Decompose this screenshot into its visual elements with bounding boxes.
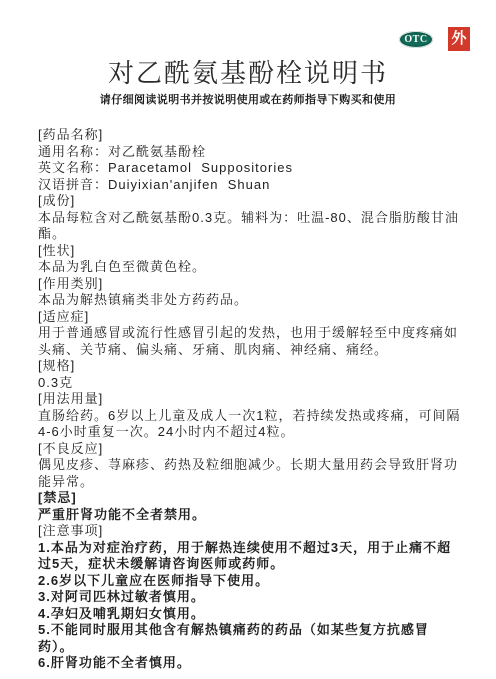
section-line: 本品为解热镇痛类非处方药药品。 (38, 292, 462, 309)
section: [药品名称]通用名称：对乙酰氨基酚栓英文名称：Paracetamol Suppo… (38, 127, 462, 193)
section-header: [禁忌] (38, 490, 462, 507)
section-header: [适应症] (38, 309, 462, 326)
section: [注意事项]1.本品为对症治疗药，用于解热连续使用不超过3天，用于止痛不超过5天… (38, 523, 462, 672)
section-line: 本品每粒含对乙酰氨基酚0.3克。辅料为：吐温-80、混合脂肪酸甘油酯。 (38, 210, 462, 243)
section: [不良反应]偶见皮疹、荨麻疹、药热及粒细胞减少。长期大量用药会导致肝肾功能异常。 (38, 441, 462, 491)
section-line: 偶见皮疹、荨麻疹、药热及粒细胞减少。长期大量用药会导致肝肾功能异常。 (38, 457, 462, 490)
leaflet-body: [药品名称]通用名称：对乙酰氨基酚栓英文名称：Paracetamol Suppo… (38, 127, 462, 672)
section-header: [药品名称] (38, 127, 462, 144)
section-header: [用法用量] (38, 391, 462, 408)
section-line: 严重肝肾功能不全者禁用。 (38, 507, 462, 524)
section-line: 英文名称：Paracetamol Suppositories (38, 160, 462, 177)
section: [性状]本品为乳白色至微黄色栓。 (38, 243, 462, 276)
leaflet-page: OTC 外 对乙酰氨基酚栓说明书 请仔细阅读说明书并按说明使用或在药师指导下购买… (0, 0, 496, 679)
section-line: 汉语拼音：Duiyixian'anjifen Shuan (38, 177, 462, 194)
section-header: [规格] (38, 358, 462, 375)
leaflet-title: 对乙酰氨基酚栓说明书 (0, 57, 496, 89)
section-line: 用于普通感冒或流行性感冒引起的发热，也用于缓解轻至中度疼痛如头痛、关节痛、偏头痛… (38, 325, 462, 358)
section-header: [不良反应] (38, 441, 462, 458)
section-line: 直肠给药。6岁以上儿童及成人一次1粒，若持续发热或疼痛，可间隔4-6小时重复一次… (38, 408, 462, 441)
section-line: 本品为乳白色至微黄色栓。 (38, 259, 462, 276)
section-line: 4.孕妇及哺乳期妇女慎用。 (38, 606, 462, 623)
section-line: 通用名称：对乙酰氨基酚栓 (38, 144, 462, 161)
section-header: [作用类别] (38, 276, 462, 293)
section: [规格]0.3克 (38, 358, 462, 391)
section: [适应症]用于普通感冒或流行性感冒引起的发热，也用于缓解轻至中度疼痛如头痛、关节… (38, 309, 462, 359)
otc-badge: OTC (399, 31, 433, 48)
section-line: 6.肝肾功能不全者慎用。 (38, 655, 462, 672)
section-line: 2.6岁以下儿童应在医师指导下使用。 (38, 573, 462, 590)
external-use-badge: 外 (448, 27, 470, 51)
section-header: [成份] (38, 193, 462, 210)
section-line: 3.对阿司匹林过敏者慎用。 (38, 589, 462, 606)
section-line: 1.本品为对症治疗药，用于解热连续使用不超过3天，用于止痛不超过5天，症状未缓解… (38, 540, 462, 573)
badge-row: OTC 外 (399, 27, 470, 51)
leaflet-subtitle: 请仔细阅读说明书并按说明使用或在药师指导下购买和使用 (0, 93, 496, 108)
section-header: [注意事项] (38, 523, 462, 540)
section: [作用类别]本品为解热镇痛类非处方药药品。 (38, 276, 462, 309)
section: [用法用量]直肠给药。6岁以上儿童及成人一次1粒，若持续发热或疼痛，可间隔4-6… (38, 391, 462, 441)
section: [成份]本品每粒含对乙酰氨基酚0.3克。辅料为：吐温-80、混合脂肪酸甘油酯。 (38, 193, 462, 243)
section-line: 5.不能同时服用其他含有解热镇痛药的药品（如某些复方抗感冒药）。 (38, 622, 462, 655)
section-line: 0.3克 (38, 375, 462, 392)
section-header: [性状] (38, 243, 462, 260)
section: [禁忌]严重肝肾功能不全者禁用。 (38, 490, 462, 523)
